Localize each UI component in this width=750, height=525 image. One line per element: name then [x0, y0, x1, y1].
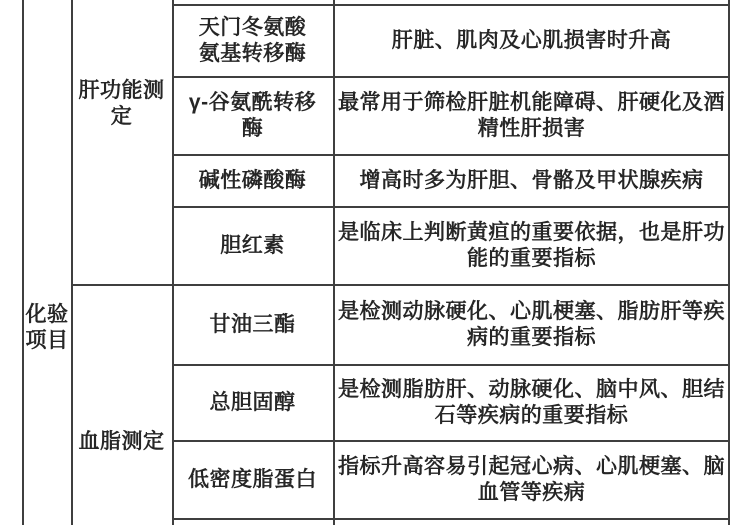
category-cell-liver-function: 肝功能测定: [73, 72, 170, 136]
test-description-cell: 最常用于筛检肝脏机能障碍、肝硬化及酒精性肝损害: [335, 78, 728, 154]
test-description-cell: 指标升高容易引起冠心病、心肌梗塞、脑血管等疾病: [335, 442, 728, 518]
table-horizontal-border: [172, 518, 730, 520]
table-vertical-border-right-outer: [728, 0, 730, 525]
test-name-cell: 胆红素: [174, 208, 331, 284]
test-name-label: 天门冬氨酸氨基转移酶: [195, 15, 311, 67]
category-cell-blood-lipid: 血脂测定: [73, 424, 170, 460]
test-name-label: 胆红素: [220, 233, 285, 259]
test-name-cell: 总胆固醇: [174, 366, 331, 440]
test-description-label: 增高时多为肝胆、骨骼及甲状腺疾病: [360, 168, 704, 194]
test-description-cell: 是临床上判断黄疸的重要依据，也是肝功能的重要指标: [335, 208, 728, 284]
category-label: 血脂测定: [79, 429, 165, 455]
lab-test-table: 化验项目 肝功能测定 血脂测定 天门冬氨酸氨基转移酶 肝脏、肌肉及心肌损害时升高…: [0, 0, 750, 525]
test-description-cell: 肝脏、肌肉及心肌损害时升高: [335, 6, 728, 76]
category-label: 肝功能测定: [76, 78, 168, 130]
test-name-cell: 天门冬氨酸氨基转移酶: [174, 6, 331, 76]
test-name-label: 低密度脂蛋白: [188, 467, 317, 493]
test-name-label: 总胆固醇: [210, 390, 296, 416]
test-name-label: 甘油三酯: [210, 312, 296, 338]
test-name-cell: 碱性磷酸酶: [174, 156, 331, 206]
test-description-label: 最常用于筛检肝脏机能障碍、肝硬化及酒精性肝损害: [338, 90, 726, 142]
test-description-cell: 是检测动脉硬化、心肌梗塞、脂肪肝等疾病的重要指标: [335, 286, 728, 364]
test-description-cell: 是检测脂肪肝、动脉硬化、脑中风、胆结石等疾病的重要指标: [335, 366, 728, 440]
table-vertical-border-left-outer: [22, 0, 24, 525]
test-description-label: 是检测脂肪肝、动脉硬化、脑中风、胆结石等疾病的重要指标: [338, 377, 726, 429]
test-name-label: 碱性磷酸酶: [199, 168, 307, 194]
test-description-cell: 增高时多为肝胆、骨骼及甲状腺疾病: [335, 156, 728, 206]
test-name-cell: 甘油三酯: [174, 286, 331, 364]
test-description-label: 肝脏、肌肉及心肌损害时升高: [392, 28, 672, 54]
test-name-label: γ-谷氨酰转移酶: [182, 90, 324, 142]
test-name-cell: 低密度脂蛋白: [174, 442, 331, 518]
test-name-cell: γ-谷氨酰转移酶: [174, 78, 331, 154]
test-description-label: 是临床上判断黄疸的重要依据，也是肝功能的重要指标: [338, 220, 726, 272]
row-header-cell: 化验项目: [22, 296, 72, 360]
test-description-label: 指标升高容易引起冠心病、心肌梗塞、脑血管等疾病: [338, 454, 726, 506]
row-header-label: 化验项目: [24, 302, 70, 354]
test-description-label: 是检测动脉硬化、心肌梗塞、脂肪肝等疾病的重要指标: [338, 299, 726, 351]
